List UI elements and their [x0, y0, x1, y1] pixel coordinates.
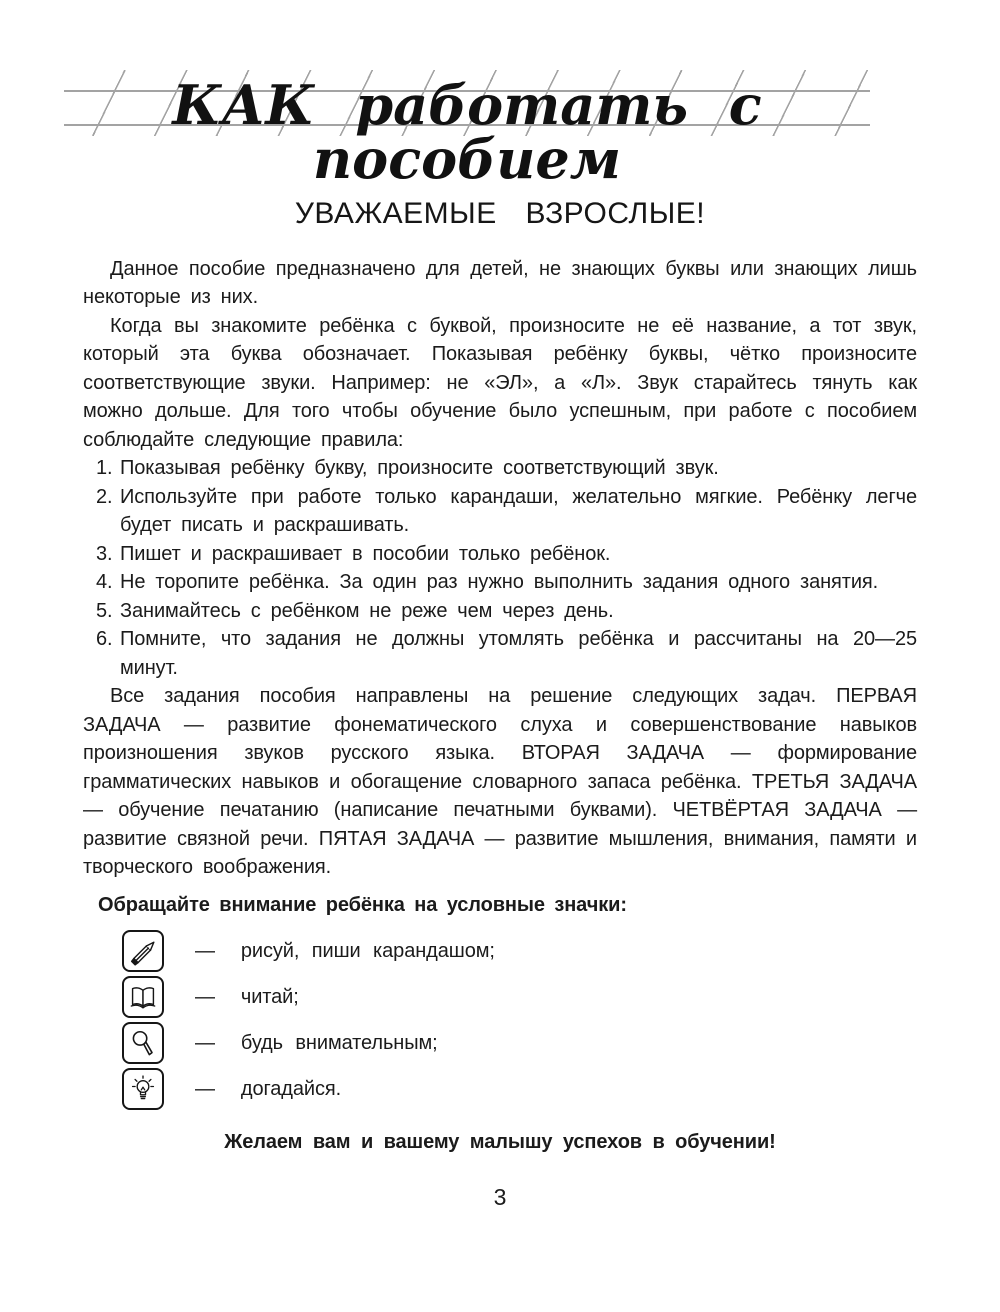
legend-row-lightbulb: — догадайся.: [122, 1070, 917, 1108]
rule-number: 6.: [96, 625, 112, 654]
rule-number: 5.: [96, 597, 112, 626]
pencil-icon: [122, 930, 164, 972]
legend-intro: Обращайте внимание ребёнка на условные з…: [83, 891, 917, 920]
legend-dash: —: [195, 937, 215, 966]
legend-label-book: читай;: [241, 983, 299, 1012]
closing-wish: Желаем вам и вашему малышу успехов в обу…: [83, 1128, 917, 1157]
rule-item-4: 4. Не торопите ребёнка. За один раз нужн…: [83, 568, 917, 597]
rule-item-1: 1. Показывая ребёнку букву, произносите …: [83, 454, 917, 483]
legend-label-magnifier: будь внимательным;: [241, 1029, 438, 1058]
rules-list: 1. Показывая ребёнку букву, произносите …: [83, 454, 917, 682]
magnifier-icon: [122, 1022, 164, 1064]
page-content: УВАЖАЕМЫЕ ВЗРОСЛЫЕ! Данное пособие предн…: [83, 192, 917, 1211]
rule-number: 4.: [96, 568, 112, 597]
rule-text: Используйте при работе только карандаши,…: [120, 486, 917, 537]
rule-text: Пишет и раскрашивает в пособии только ре…: [120, 543, 610, 565]
rule-item-2: 2. Используйте при работе только каранда…: [83, 483, 917, 540]
legend-row-pencil: — рисуй, пиши карандашом;: [122, 932, 917, 970]
rule-item-3: 3. Пишет и раскрашивает в пособии только…: [83, 540, 917, 569]
legend-row-magnifier: — будь внимательным;: [122, 1024, 917, 1062]
legend-label-lightbulb: догадайся.: [241, 1075, 341, 1104]
legend-dash: —: [195, 1075, 215, 1104]
rule-text: Занимайтесь с ребёнком не реже чем через…: [120, 600, 614, 622]
chapter-title: КАК работать с пособием: [64, 78, 870, 186]
rule-text: Не торопите ребёнка. За один раз нужно в…: [120, 571, 878, 593]
rule-item-5: 5. Занимайтесь с ребёнком не реже чем че…: [83, 597, 917, 626]
lightbulb-icon: [122, 1068, 164, 1110]
intro-paragraph-2: Когда вы знакомите ребёнка с буквой, про…: [83, 312, 917, 455]
open-book-icon: [122, 976, 164, 1018]
rule-number: 2.: [96, 483, 112, 512]
page-number: 3: [83, 1183, 917, 1212]
section-title: УВАЖАЕМЫЕ ВЗРОСЛЫЕ!: [83, 200, 917, 229]
rule-item-6: 6. Помните, что задания не должны утомля…: [83, 625, 917, 682]
rule-text: Показывая ребёнку букву, произносите соо…: [120, 457, 719, 479]
legend-row-book: — читай;: [122, 978, 917, 1016]
tasks-paragraph: Все задания пособия направлены на решени…: [83, 682, 917, 882]
legend-dash: —: [195, 983, 215, 1012]
legend: — рисуй, пиши карандашом; — читай;: [83, 932, 917, 1108]
rule-text: Помните, что задания не должны утомлять …: [120, 628, 917, 679]
intro-paragraph-1: Данное пособие предназначено для детей, …: [83, 255, 917, 312]
legend-dash: —: [195, 1029, 215, 1058]
rule-number: 3.: [96, 540, 112, 569]
header-band: КАК работать с пособием: [64, 58, 870, 144]
rule-number: 1.: [96, 454, 112, 483]
legend-label-pencil: рисуй, пиши карандашом;: [241, 937, 495, 966]
